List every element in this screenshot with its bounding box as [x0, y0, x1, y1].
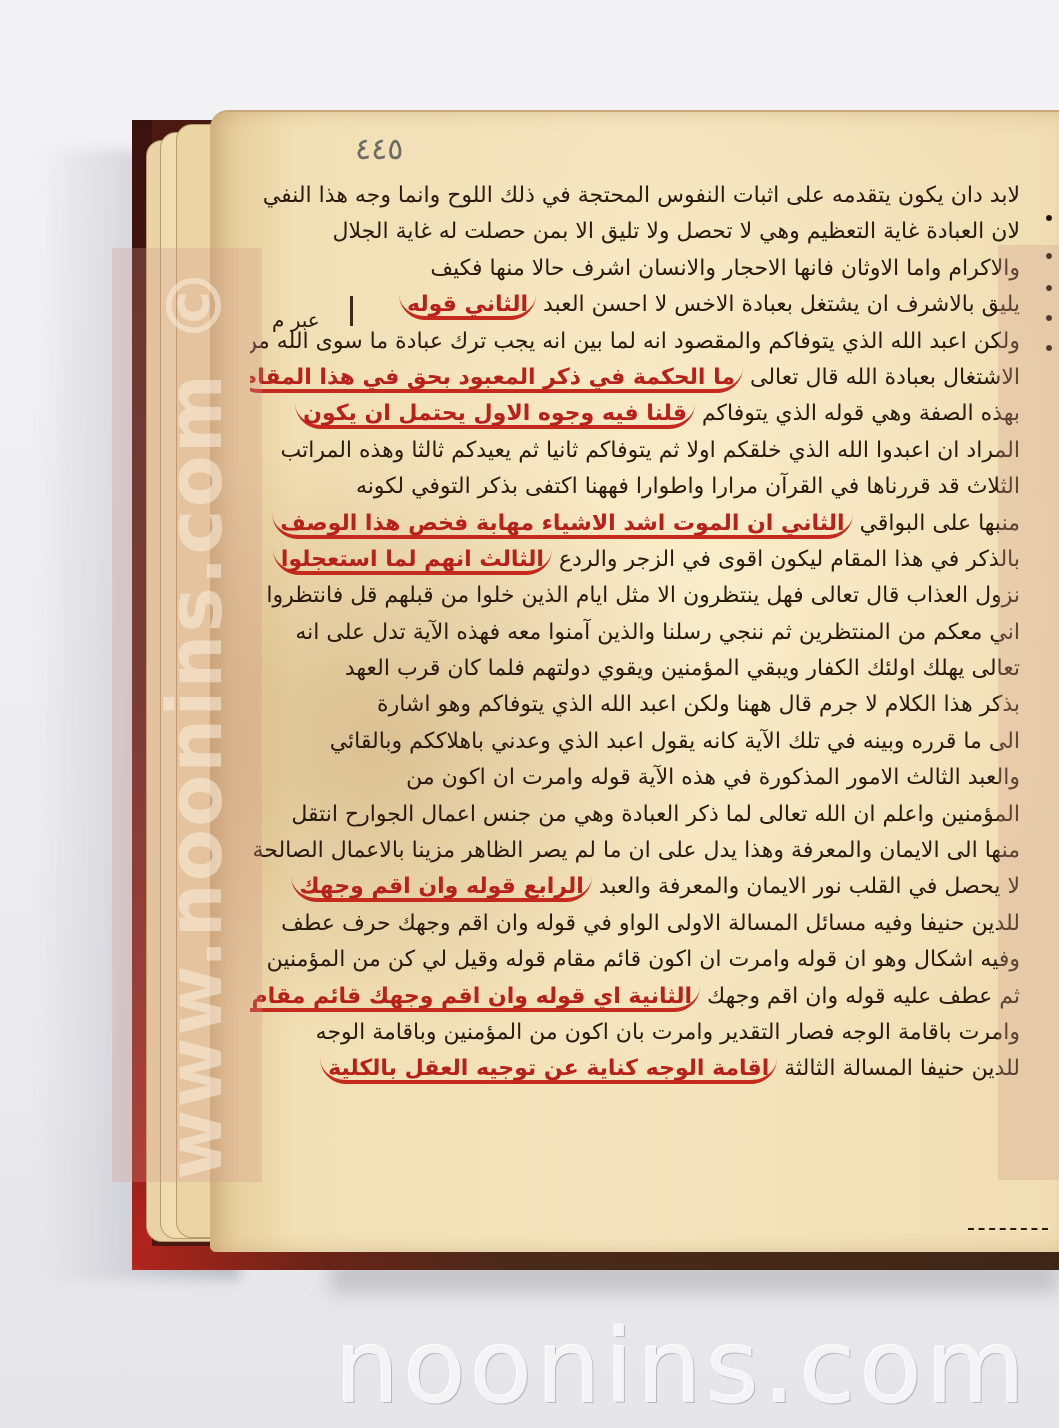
text-line: الى ما قرره وبينه في تلك الآية كانه يقول…: [250, 724, 1020, 760]
text-line: نزول العذاب قال تعالى فهل ينتظرون الا مث…: [250, 578, 1020, 614]
text-line: الاشتغال بعبادة الله قال تعالى ما الحكمة…: [250, 360, 1020, 396]
rubric-heading: الثاني ان الموت اشد الاشياء مهابة فخص هذ…: [272, 513, 852, 539]
text-line: لان العبادة غاية التعظيم وهي لا تحصل ولا…: [250, 214, 1020, 250]
text-line: يليق بالاشرف ان يشتغل بعبادة الاخس لا اح…: [250, 287, 1020, 323]
text-line: وامرت باقامة الوجه فصار التقدير وامرت با…: [250, 1015, 1020, 1051]
rubric-heading: الثاني قوله: [399, 294, 536, 320]
text-line: بذكر هذا الكلام لا جرم قال ههنا ولكن اعب…: [250, 687, 1020, 723]
vertical-watermark: www.noonins.com ©: [150, 266, 239, 1180]
text-line: للدين حنيفا وفيه مسائل المسالة الاولى ال…: [250, 906, 1020, 942]
rubric-heading: قلنا فيه وجوه الاول يحتمل ان يكون: [295, 403, 695, 429]
text-line: ثم عطف عليه قوله وان اقم وجهك الثانية اي…: [250, 979, 1020, 1015]
text-line: اني معكم من المنتظرين ثم ننجي رسلنا والذ…: [250, 615, 1020, 651]
manuscript-text-block: لابد دان يكون يتقدمه على اثبات النفوس ال…: [250, 178, 1020, 1088]
bottom-watermark: noonins.com: [335, 1318, 955, 1418]
rubric-heading: الثالث انهم لما استعجلوا: [273, 549, 552, 575]
text-line: تعالى يهلك اولئك الكفار ويبقي المؤمنين و…: [250, 651, 1020, 687]
text-line: منها الى الايمان والمعرفة وهذا يدل على ا…: [250, 833, 1020, 869]
watermark-strip-right: [998, 245, 1059, 1180]
text-line: وفيه اشكال وهو ان قوله وامرت ان اكون قائ…: [250, 942, 1020, 978]
rubric-heading: ما الحكمة في ذكر المعبود بحق في هذا المق…: [250, 367, 743, 393]
text-line: المؤمنين واعلم ان الله تعالى لما ذكر الع…: [250, 797, 1020, 833]
folio-number: ٤٤٥: [355, 132, 403, 167]
text-line: والاكرام واما الاوثان فانها الاحجار والا…: [250, 251, 1020, 287]
text-line: بهذه الصفة وهي قوله الذي يتوفاكم قلنا في…: [250, 396, 1020, 432]
text-line: منبها على البواقي الثاني ان الموت اشد ال…: [250, 506, 1020, 542]
text-line: والعبد الثالث الامور المذكورة في هذه الآ…: [250, 760, 1020, 796]
text-line: لابد دان يكون يتقدمه على اثبات النفوس ال…: [250, 178, 1020, 214]
text-line: الثلاث قد قررناها في القرآن مرارا واطوار…: [250, 469, 1020, 505]
rubric-heading: الرابع قوله وان اقم وجهك: [291, 876, 592, 902]
rubric-heading: الثانية اي قوله وان اقم وجهك قائم مقام ق…: [250, 986, 700, 1012]
text-line: بالذكر في هذا المقام ليكون اقوى في الزجر…: [250, 542, 1020, 578]
text-line: للدين حنيفا المسالة الثالثة اقامة الوجه …: [250, 1051, 1020, 1087]
rubric-heading: اقامة الوجه كناية عن توجيه العقل بالكلية: [320, 1058, 777, 1084]
text-line: المراد ان اعبدوا الله الذي خلقكم اولا ثم…: [250, 433, 1020, 469]
text-line: لا يحصل في القلب نور الايمان والمعرفة وا…: [250, 869, 1020, 905]
catchword-dashes: [968, 1228, 1048, 1236]
text-line: ولكن اعبد الله الذي يتوفاكم والمقصود انه…: [250, 324, 1020, 360]
